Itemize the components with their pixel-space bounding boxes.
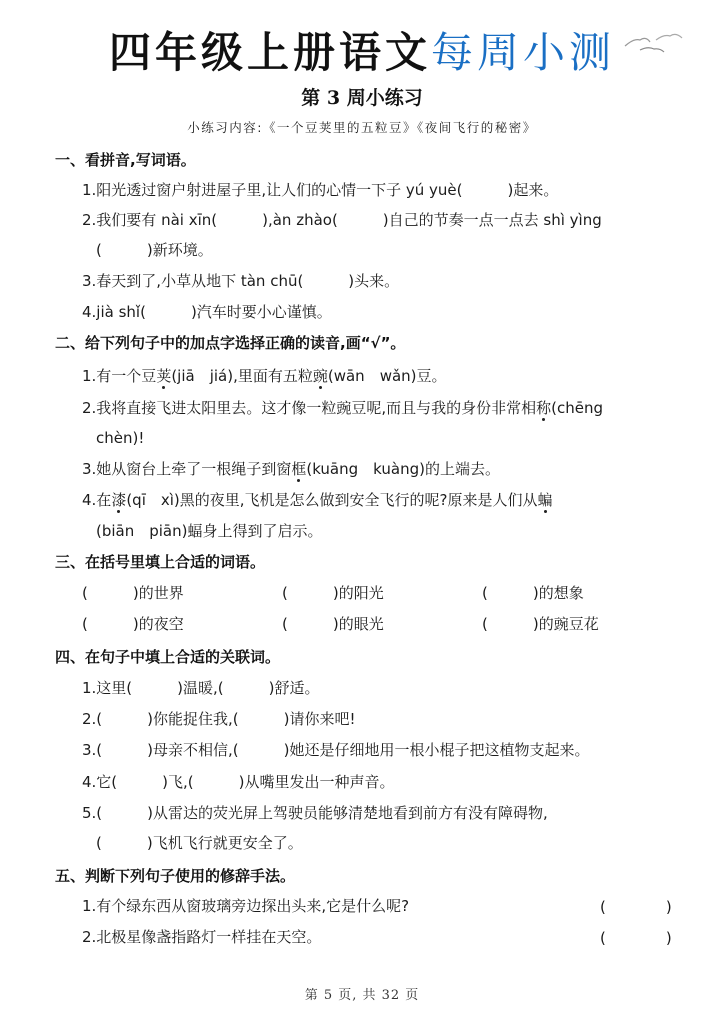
s2-q3-text: (kuāng kuàng)的上端去。 (306, 460, 500, 478)
s3-blank-r1c1: ( )的世界 (82, 583, 184, 603)
section-4-heading: 四、在句子中填上合适的关联词。 (55, 647, 280, 667)
s2-question-2-cont: chèn)! (96, 428, 144, 448)
s3-blank-r1c3: ( )的想象 (482, 583, 584, 603)
s5-question-2: 2.北极星像盏指路灯一样挂在天空。 (82, 927, 321, 947)
s3-blank-r2c1: ( )的夜空 (82, 614, 184, 634)
section-3-heading: 三、在括号里填上合适的词语。 (55, 552, 265, 572)
s1-question-4: 4.jià shǐ( )汽车时要小心谨慎。 (82, 302, 332, 322)
dotted-char: 蝙 (538, 491, 553, 509)
s1-question-2-cont: ( )新环境。 (96, 240, 213, 260)
dotted-char: 称 (536, 399, 551, 417)
section-5-heading: 五、判断下列句子使用的修辞手法。 (55, 866, 295, 886)
s2-q4-text: (qī xì)黑的夜里,飞机是怎么做到安全飞行的呢?原来是人们从 (126, 491, 537, 509)
worksheet-page: 四年级上册语文每周小测 第 3 周小练习 小练习内容:《一个豆荚里的五粒豆》《夜… (0, 0, 724, 1024)
dotted-char: 漆 (111, 491, 126, 509)
section-1-heading: 一、看拼音,写词语。 (55, 150, 196, 170)
s2-question-1: 1.有一个豆荚(jiā jiá),里面有五粒豌(wān wǎn)豆。 (82, 366, 447, 386)
s5-q1-answer-blank: ( ) (600, 896, 672, 917)
s2-question-3: 3.她从窗台上牵了一根绳子到窗框(kuāng kuàng)的上端去。 (82, 459, 500, 479)
s5-q2-answer-blank: ( ) (600, 927, 672, 948)
s4-question-5: 5.( )从雷达的荧光屏上驾驶员能够清楚地看到前方有没有障碍物, (82, 803, 548, 823)
dotted-char: 豌 (313, 367, 328, 385)
s2-q1-text: (jiā jiá),里面有五粒 (171, 367, 313, 385)
s4-question-1: 1.这里( )温暖,( )舒适。 (82, 678, 320, 698)
page-title: 四年级上册语文每周小测 (0, 28, 724, 78)
s4-question-4: 4.它( )飞,( )从嘴里发出一种声音。 (82, 772, 395, 792)
s2-q2-text: 2.我将直接飞进太阳里去。这才像一粒豌豆呢,而且与我的身份非常相 (82, 399, 536, 417)
practice-content-line: 小练习内容:《一个豆荚里的五粒豆》《夜间飞行的秘密》 (0, 118, 724, 136)
s1-question-2: 2.我们要有 nài xīn( ),àn zhào( )自己的节奏一点一点去 s… (82, 210, 602, 230)
s1-question-1: 1.阳光透过窗户射进屋子里,让人们的心情一下子 yú yuè( )起来。 (82, 180, 558, 200)
s2-question-4: 4.在漆(qī xì)黑的夜里,飞机是怎么做到安全飞行的呢?原来是人们从蝙 (82, 490, 553, 510)
s4-question-5-cont: ( )飞机飞行就更安全了。 (96, 833, 303, 853)
title-black-part: 四年级上册语文 (109, 28, 431, 77)
s3-blank-r2c3: ( )的豌豆花 (482, 614, 599, 634)
s2-q1-text: (wān wǎn)豆。 (328, 367, 447, 385)
section-2-heading: 二、给下列句子中的加点字选择正确的读音,画“√”。 (55, 333, 405, 353)
s2-q4-text: 4.在 (82, 491, 111, 509)
dotted-char: 框 (291, 460, 306, 478)
s3-blank-r2c2: ( )的眼光 (282, 614, 384, 634)
s4-question-2: 2.( )你能捉住我,( )请你来吧! (82, 709, 356, 729)
s2-q1-text: 1.有一个豆 (82, 367, 156, 385)
s1-question-3: 3.春天到了,小草从地下 tàn chū( )头来。 (82, 271, 399, 291)
week-subtitle: 第 3 周小练习 (0, 83, 724, 110)
s5-question-1: 1.有个绿东西从窗玻璃旁边探出头来,它是什么呢? (82, 896, 409, 916)
s2-question-4-cont: (biān piān)蝠身上得到了启示。 (96, 521, 322, 541)
s3-blank-r1c2: ( )的阳光 (282, 583, 384, 603)
s2-q3-text: 3.她从窗台上牵了一根绳子到窗 (82, 460, 291, 478)
s2-q2-text: (chēng (551, 399, 603, 417)
s2-question-2: 2.我将直接飞进太阳里去。这才像一粒豌豆呢,而且与我的身份非常相称(chēng (82, 398, 603, 418)
mountain-decoration-icon (620, 28, 700, 56)
page-number-footer: 第 5 页, 共 32 页 (0, 984, 724, 1003)
s4-question-3: 3.( )母亲不相信,( )她还是仔细地用一根小棍子把这植物支起来。 (82, 740, 590, 760)
title-blue-part: 每周小测 (431, 28, 615, 77)
dotted-char: 荚 (156, 367, 171, 385)
